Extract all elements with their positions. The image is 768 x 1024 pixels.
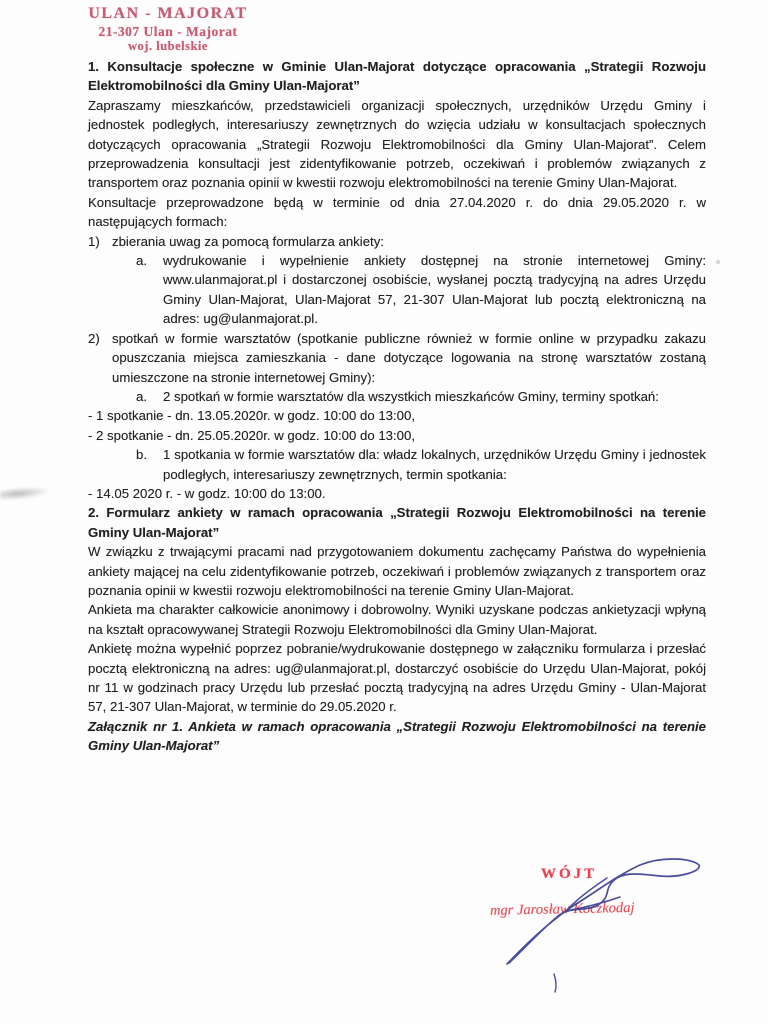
list-marker: b. — [136, 445, 163, 484]
document-page: WÓJT GMINY ULAN - MAJORAT 21-307 Ulan - … — [0, 0, 768, 1024]
list-marker: 2) — [88, 329, 112, 387]
handwritten-signature — [470, 852, 710, 1002]
section2-paragraph-3: Ankietę można wypełnić poprzez pobranie/… — [88, 639, 706, 717]
stamp-line-authority: WÓJT GMINY — [84, 0, 252, 4]
section1-terms-paragraph: Konsultacje przeprowadzone będą w termin… — [88, 193, 706, 232]
scan-dot-artifact — [716, 260, 720, 264]
meeting-date-line: - 14.05 2020 r. - w godz. 10:00 do 13:00… — [88, 484, 706, 503]
section2-paragraph-2: Ankieta ma charakter całkowicie anonimow… — [88, 600, 706, 639]
list-marker: 1) — [88, 232, 112, 251]
stamp-line-address: 21-307 Ulan - Majorat — [84, 25, 252, 39]
section1-intro-paragraph: Zapraszamy mieszkańców, przedstawicieli … — [88, 96, 706, 193]
attachment-note: Załącznik nr 1. Ankieta w ramach opracow… — [88, 717, 706, 756]
list-item-2b: b. 1 spotkania w formie warsztatów dla: … — [136, 445, 706, 484]
list-marker: a. — [136, 251, 163, 329]
list-item-1a: a. wydrukowanie i wypełnienie ankiety do… — [136, 251, 706, 329]
document-body: 1. Konsultacje społeczne w Gminie Ulan-M… — [88, 57, 706, 756]
section2-paragraph-1: W związku z trwającymi pracami nad przyg… — [88, 542, 706, 600]
stamp-line-town: ULAN - MAJORAT — [84, 6, 252, 23]
list-item-text: 1 spotkania w formie warsztatów dla: wła… — [163, 445, 706, 484]
list-item-1: 1) zbierania uwag za pomocą formularza a… — [88, 232, 706, 251]
section1-heading: 1. Konsultacje społeczne w Gminie Ulan-M… — [88, 57, 706, 96]
list-marker: a. — [136, 387, 163, 406]
list-item-text: 2 spotkań w formie warsztatów dla wszyst… — [163, 387, 706, 406]
list-item-text: wydrukowanie i wypełnienie ankiety dostę… — [163, 251, 706, 329]
section2-heading: 2. Formularz ankiety w ramach opracowani… — [88, 503, 706, 542]
list-item-text: spotkań w formie warsztatów (spotkanie p… — [112, 329, 706, 387]
meeting-date-line: - 2 spotkanie - dn. 25.05.2020r. w godz.… — [88, 426, 706, 445]
stamp-line-voivodeship: woj. lubelskie — [84, 40, 252, 53]
meeting-date-line: - 1 spotkanie - dn. 13.05.2020r. w godz.… — [88, 406, 706, 425]
municipality-stamp: WÓJT GMINY ULAN - MAJORAT 21-307 Ulan - … — [84, 0, 252, 53]
list-item-2a: a. 2 spotkań w formie warsztatów dla wsz… — [136, 387, 706, 406]
list-item-2: 2) spotkań w formie warsztatów (spotkani… — [88, 329, 706, 387]
list-item-text: zbierania uwag za pomocą formularza anki… — [112, 232, 706, 251]
scan-smudge-artifact — [0, 485, 50, 501]
